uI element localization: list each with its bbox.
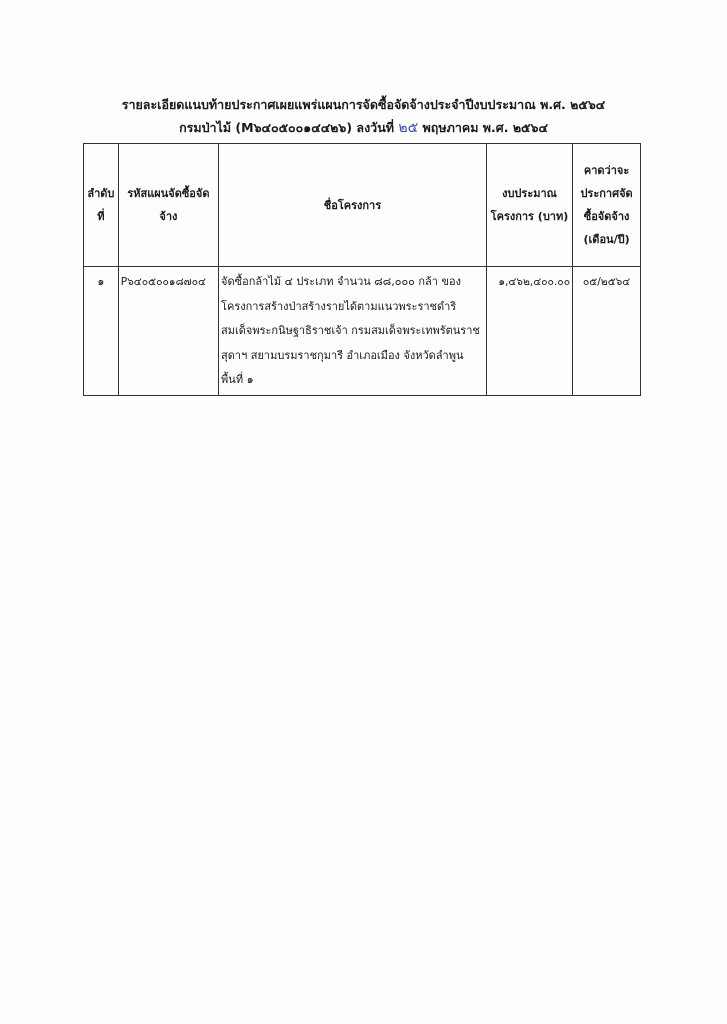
cell-plan-code: P๖๔๐๕๐๐๑๘๗๐๔: [118, 267, 218, 396]
table-header-row: ลำดับที่ รหัสแผนจัดซื้อจัดจ้าง ชื่อโครงก…: [84, 144, 641, 267]
column-header-no: ลำดับที่: [84, 144, 119, 267]
column-header-expected-date: คาดว่าจะประกาศจัดซื้อจัดจ้าง (เดือน/ปี): [573, 144, 641, 267]
document-title: รายละเอียดแนบท้ายประกาศเผยแพร่แผนการจัดซ…: [0, 95, 727, 115]
column-header-plan-code: รหัสแผนจัดซื้อจัดจ้าง: [118, 144, 218, 267]
document-subtitle: กรมป่าไม้ (M๖๔๐๕๐๐๑๔๔๒๖) ลงวันที่ ๒๕ พฤษ…: [0, 117, 727, 139]
handwritten-day: ๒๕: [398, 120, 418, 136]
subtitle-prefix: กรมป่าไม้ (M๖๔๐๕๐๐๑๔๔๒๖) ลงวันที่: [179, 120, 394, 135]
procurement-plan-table: ลำดับที่ รหัสแผนจัดซื้อจัดจ้าง ชื่อโครงก…: [83, 143, 641, 396]
cell-budget: ๑,๔๖๒,๔๐๐.๐๐: [486, 267, 572, 396]
subtitle-suffix: พฤษภาคม พ.ศ. ๒๕๖๔: [423, 120, 548, 135]
column-header-budget: งบประมาณโครงการ (บาท): [486, 144, 572, 267]
cell-expected-date: ๐๕/๒๕๖๔: [573, 267, 641, 396]
cell-no: ๑: [84, 267, 119, 396]
table-row: ๑ P๖๔๐๕๐๐๑๘๗๐๔ จัดซื้อกล้าไม้ ๔ ประเภท จ…: [84, 267, 641, 396]
cell-project-name: จัดซื้อกล้าไม้ ๔ ประเภท จำนวน ๘๘,๐๐๐ กล้…: [219, 267, 487, 396]
column-header-project-name: ชื่อโครงการ: [219, 144, 487, 267]
